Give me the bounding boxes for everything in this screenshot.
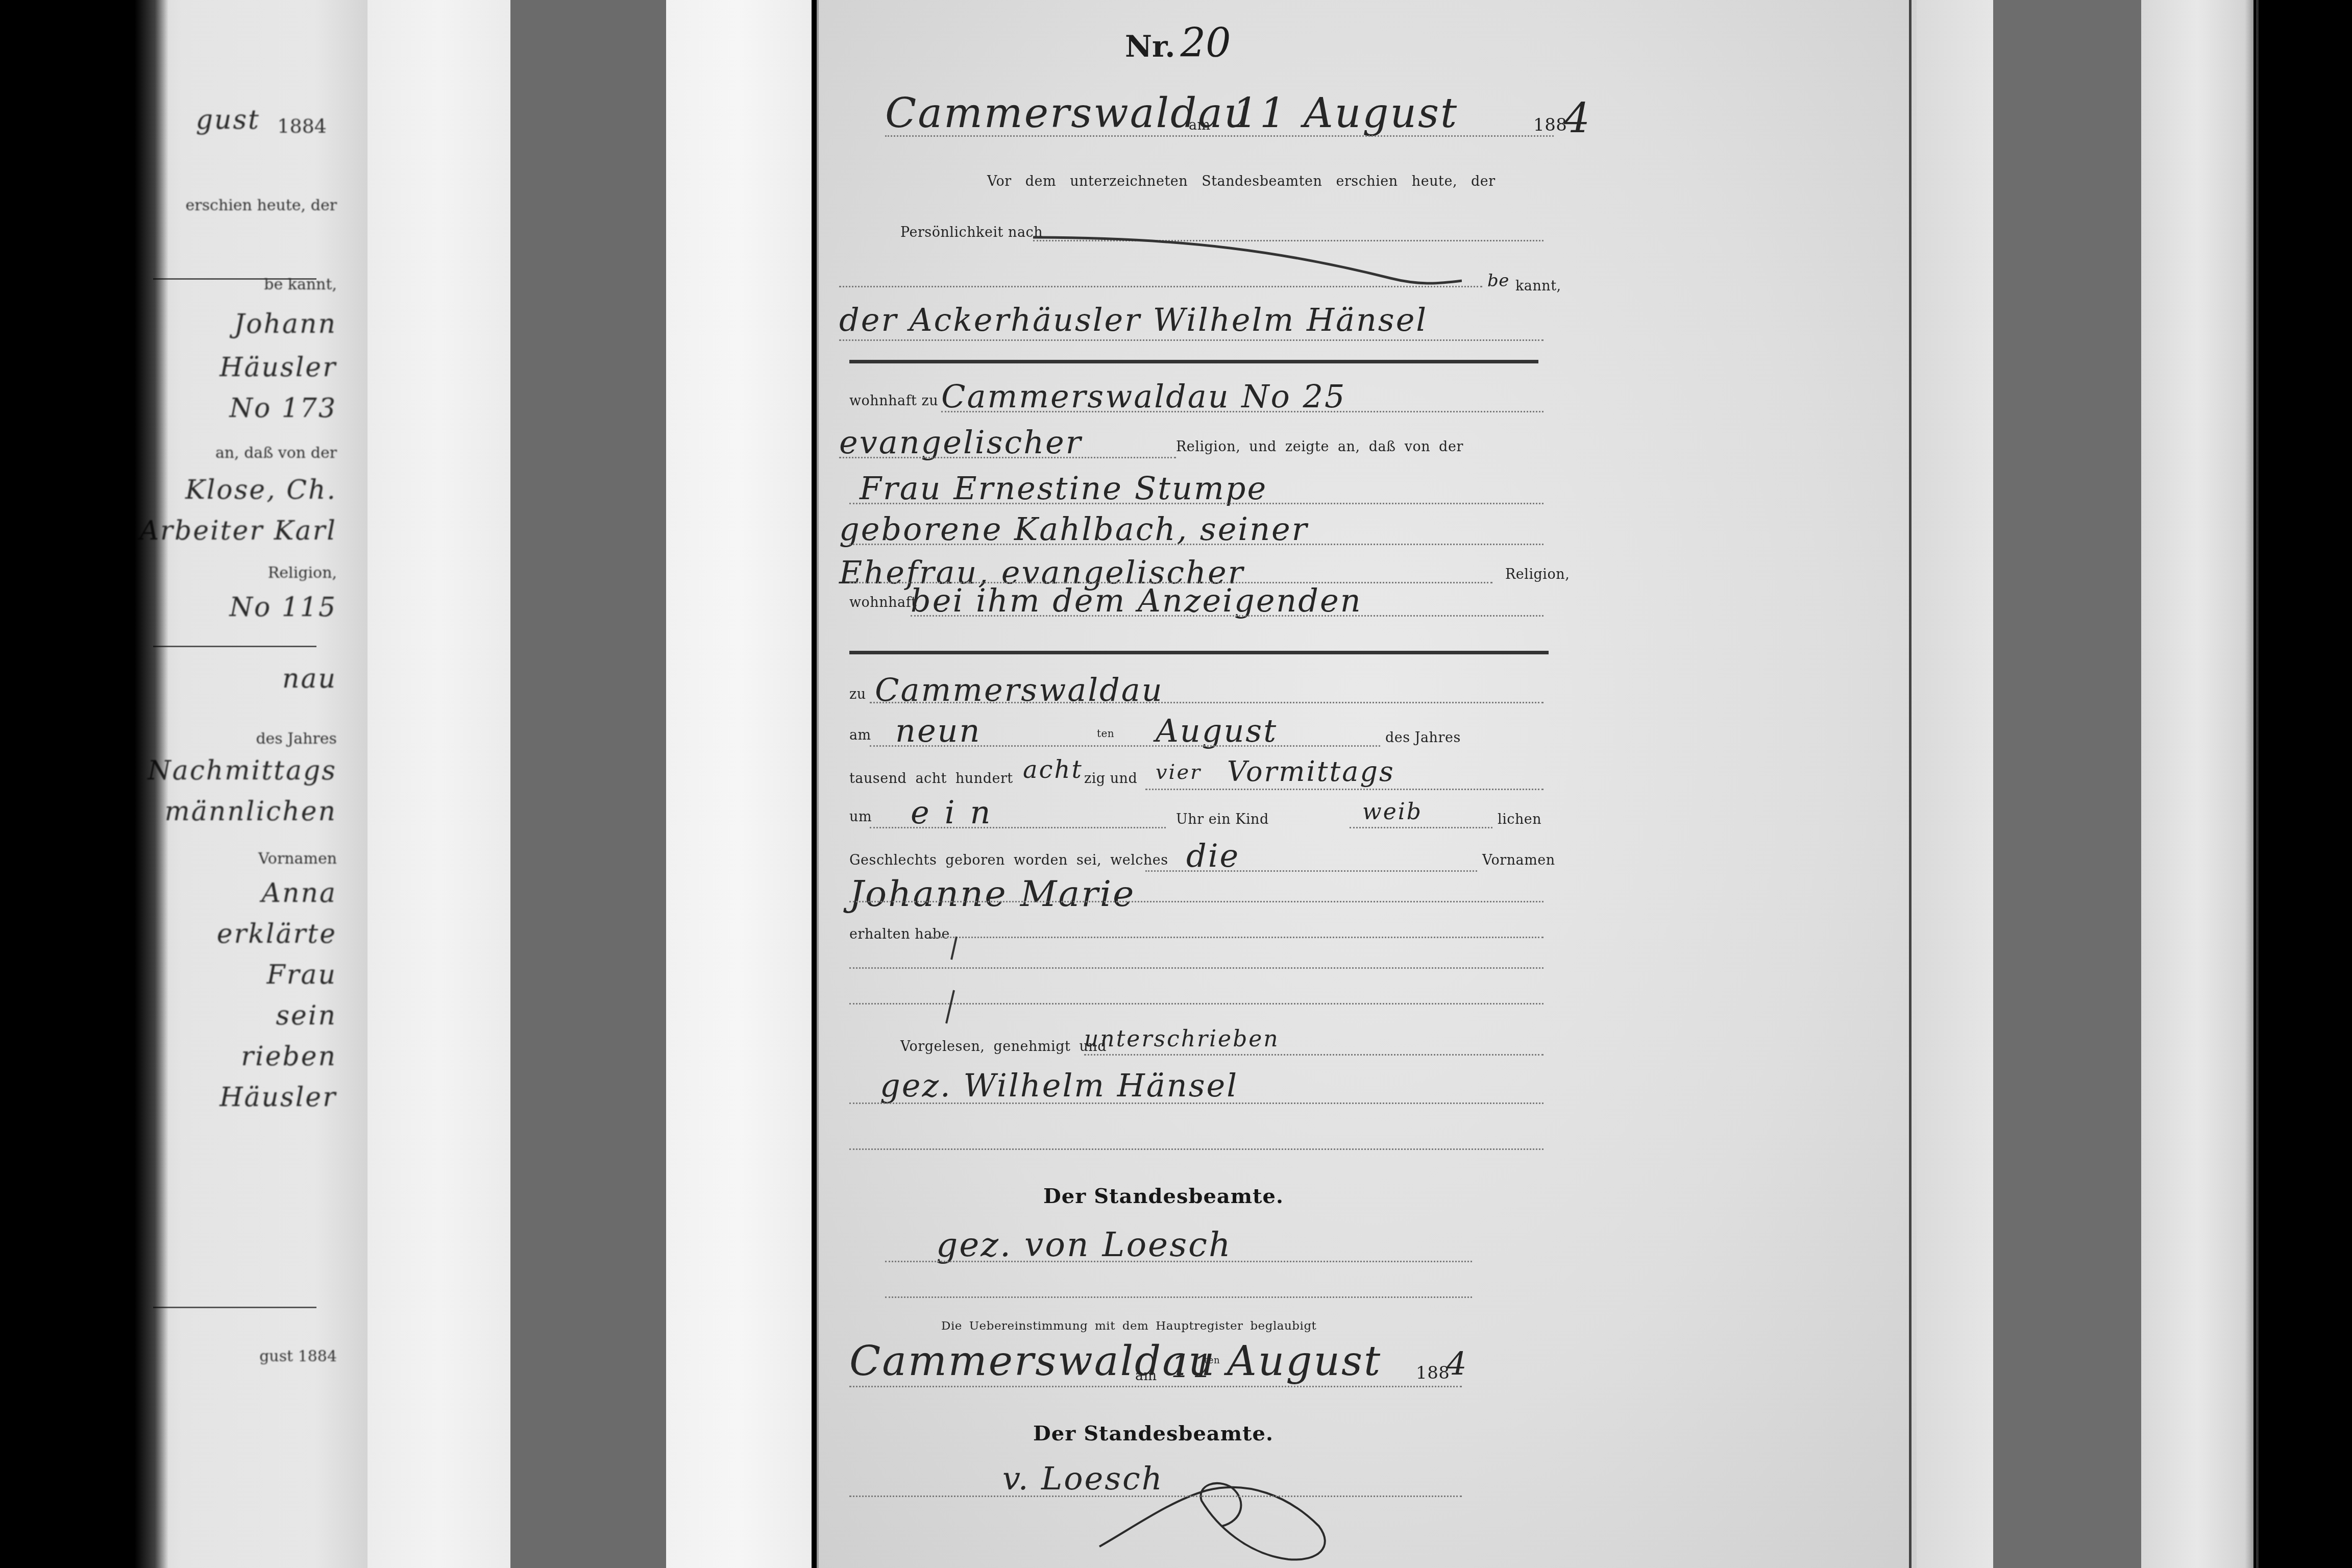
dotted-line <box>885 1261 1472 1262</box>
dotted-line <box>941 411 1543 412</box>
left-des-jahres-fragment: des Jahres <box>256 730 337 748</box>
certification-label: Die Uebereinstimmung mit dem Hauptregist… <box>941 1319 1316 1333</box>
left-hand-line: erklärte <box>217 919 337 949</box>
dotted-line <box>849 1102 1543 1104</box>
cert-am-label: am <box>1135 1368 1157 1384</box>
gray-separator-strip <box>510 0 666 1568</box>
des-jahres-label: des Jahres <box>1385 730 1461 746</box>
religion-label: Religion, <box>1505 567 1570 582</box>
intro-text: Vor dem unterzeichneten Standesbeamten e… <box>987 174 1496 189</box>
dotted-line <box>885 135 1554 137</box>
left-hand-line: Arbeiter Karl <box>140 516 337 546</box>
um-label: um <box>849 809 872 825</box>
header-am-label: am <box>1189 117 1211 133</box>
cert-day: 11 <box>1171 1347 1214 1385</box>
informant-religion: evangelischer <box>839 424 1082 461</box>
left-hand-line: sein <box>276 1000 337 1031</box>
mother-name: Frau Ernestine Stumpe <box>860 470 1267 507</box>
entry-number: Nr.20 <box>1125 20 1231 66</box>
cert-year-suffix: 4 <box>1447 1345 1468 1382</box>
left-hand-line: No 115 <box>229 592 337 623</box>
page-edge-line <box>1909 0 1912 1568</box>
header-year-prefix: 188 <box>1533 115 1567 135</box>
ten-label: ten <box>1097 727 1114 740</box>
microfilm-frame: gust 1884 erschien heute, der be kannt, … <box>0 0 2352 1568</box>
blank-marker-stroke <box>941 934 972 1026</box>
entry-number-label: Nr. <box>1125 29 1175 64</box>
unterschrieben: unterschrieben <box>1084 1026 1280 1052</box>
dotted-line <box>839 457 1176 458</box>
register-page: Nr.20 Cammerswaldau am 11 August 188 4 V… <box>817 0 1919 1568</box>
left-clause-fragment: an, daß von der <box>215 444 337 462</box>
left-rule <box>153 1307 316 1308</box>
paper-strip <box>2141 0 2253 1568</box>
dotted-line <box>849 1386 1462 1387</box>
left-hand-line: rieben <box>241 1041 337 1072</box>
left-hand-line: Häusler <box>219 1082 337 1113</box>
birth-hour: ein <box>911 794 1006 831</box>
year-printed: tausend acht hundert <box>849 771 1013 787</box>
dotted-line <box>870 827 1166 828</box>
left-hand-line: Nachmittags <box>148 755 337 786</box>
left-religion-fragment: Religion, <box>268 564 337 582</box>
cert-year-prefix: 188 <box>1416 1363 1450 1383</box>
strike-through-stroke <box>1033 232 1462 293</box>
persoenlichkeit-label: Persönlichkeit nach <box>900 225 1043 240</box>
child-name: Johanne Marie <box>849 873 1136 915</box>
left-bekannt-fragment: be kannt, <box>264 276 337 293</box>
left-hand-line: Anna <box>261 878 337 909</box>
dotted-line <box>931 937 1543 938</box>
dotted-line <box>870 745 1380 747</box>
dotted-line <box>839 286 1482 287</box>
dotted-line <box>1084 1054 1543 1056</box>
bekannt-label: kannt, <box>1515 278 1561 294</box>
uhr-kind-label: Uhr ein Kind <box>1176 812 1269 827</box>
dotted-line <box>839 339 1543 341</box>
paper-strip <box>367 0 510 1568</box>
left-date-fragment: gust <box>196 105 260 135</box>
religion-clause: Religion, und zeigte an, daß von der <box>1176 439 1463 455</box>
left-hand-line: No 173 <box>229 393 337 424</box>
dotted-line <box>911 615 1543 617</box>
zu-label: zu <box>849 687 866 702</box>
dotted-line <box>849 901 1543 902</box>
signature-flourish <box>1094 1465 1350 1567</box>
cert-month: August <box>1227 1337 1382 1385</box>
section-rule <box>849 651 1549 654</box>
informant-signature: gez. Wilhelm Hänsel <box>880 1067 1238 1104</box>
dotted-line <box>870 702 1543 703</box>
left-rule <box>153 646 316 647</box>
left-vornamen-fragment: Vornamen <box>258 850 337 868</box>
geschlechts-label: Geschlechts geboren worden sei, welches <box>849 852 1168 868</box>
mother-residence: bei ihm dem Anzeigenden <box>911 582 1362 619</box>
left-bottom-date-fragment: gust 1884 <box>259 1347 337 1365</box>
vorgelesen-label: Vorgelesen, genehmigt und <box>900 1039 1107 1055</box>
cert-day-suffix: ten <box>1204 1355 1220 1366</box>
header-month: August <box>1304 89 1458 137</box>
paper-strip <box>666 0 812 1568</box>
standesbeamte-label-2: Der Standesbeamte. <box>1033 1422 1273 1445</box>
vornamen-label: Vornamen <box>1482 852 1555 868</box>
left-hand-line: nau <box>282 664 337 694</box>
birth-month: August <box>1156 712 1278 749</box>
left-hand-line: männlichen <box>165 796 337 827</box>
dotted-line <box>1350 827 1492 828</box>
section-rule <box>849 360 1538 363</box>
dotted-line <box>1145 870 1477 872</box>
erhalten-label: erhalten habe <box>849 926 950 942</box>
registrar-signature: gez. von Loesch <box>936 1225 1232 1264</box>
film-vignette-right <box>2245 0 2352 1568</box>
wohnhaft-zu-label: wohnhaft zu <box>849 393 938 409</box>
dotted-line <box>885 1296 1472 1298</box>
standesbeamte-label: Der Standesbeamte. <box>1043 1184 1284 1208</box>
am-label: am <box>849 727 871 743</box>
dotted-line <box>1145 789 1543 790</box>
paper-strip <box>1917 0 1993 1568</box>
informant-name: der Ackerhäusler Wilhelm Hänsel <box>839 301 1428 338</box>
left-hand-line: Frau <box>267 960 337 990</box>
dotted-line <box>849 1496 1462 1497</box>
informant-residence: Cammerswaldau No 25 <box>941 378 1346 415</box>
name-article: die <box>1186 837 1240 874</box>
child-sex: weib <box>1362 799 1423 825</box>
film-vignette-left <box>0 0 168 1568</box>
dotted-line <box>849 544 1543 545</box>
left-hand-line: Klose, Ch. <box>185 475 337 505</box>
wohnhaft-label: wohnhaft <box>849 595 917 610</box>
header-year-suffix: 4 <box>1564 94 1591 142</box>
entry-number-value: 20 <box>1180 20 1231 66</box>
left-hand-line: Häusler <box>219 352 337 383</box>
zig-und-label: zig und <box>1084 771 1137 787</box>
birth-day: neun <box>895 712 981 749</box>
dotted-line <box>849 1148 1543 1150</box>
bekannt-prefix: be <box>1487 271 1509 291</box>
dotted-line <box>849 503 1543 504</box>
mother-birth-name: geborene Kahlbach, seiner <box>839 510 1308 548</box>
left-year-fragment: 1884 <box>277 115 327 137</box>
year-unit: vier <box>1156 761 1202 784</box>
left-hand-line: Johann <box>234 309 337 339</box>
lichen-label: lichen <box>1498 812 1541 827</box>
year-decade: acht <box>1023 755 1083 784</box>
header-day: 11 <box>1232 89 1287 137</box>
left-intro-fragment: erschien heute, der <box>186 197 337 214</box>
cert-place: Cammerswaldau <box>849 1337 1216 1385</box>
gray-separator-strip <box>1993 0 2141 1568</box>
time-of-day: Vormittags <box>1227 755 1395 788</box>
